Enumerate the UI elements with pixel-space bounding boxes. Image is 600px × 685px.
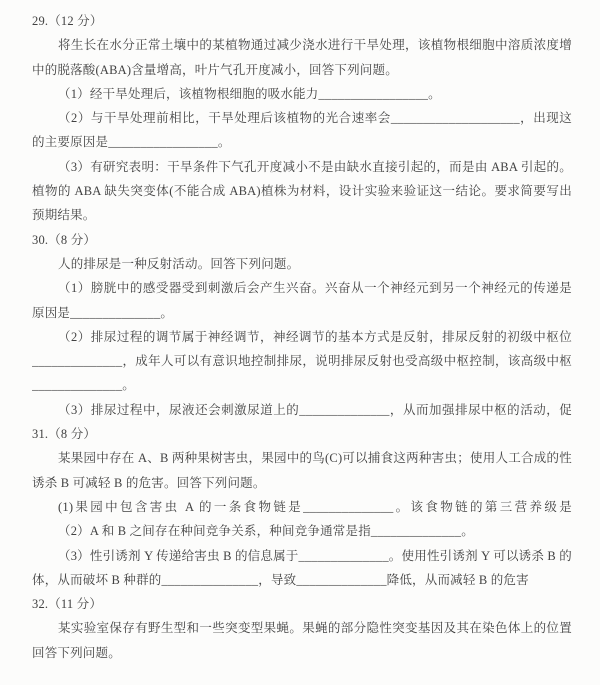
question-number: 32.（11 分） — [32, 592, 572, 616]
text-line: ______________，成年人可以有意识地控制排尿，说明排尿反射也受高级中… — [32, 349, 572, 373]
text-line: 的主要原因是_________________。 — [32, 130, 572, 154]
question-number: 31.（8 分） — [32, 422, 572, 446]
text-line: 人的排尿是一种反射活动。回答下列问题。 — [32, 252, 572, 276]
exam-page: 29.（12 分）将生长在水分正常土壤中的某植物通过减少浇水进行干旱处理，该植物… — [0, 0, 600, 685]
question-section: 29.（12 分）将生长在水分正常土壤中的某植物通过减少浇水进行干旱处理，该植物… — [32, 9, 572, 228]
text-line: 回答下列问题。 — [32, 641, 572, 665]
text-line: （1）膀胱中的感受器受到刺激后会产生兴奋。兴奋从一个神经元到另一个神经元的传递是… — [32, 276, 572, 300]
text-line: 体，从而破坏 B 种群的_______________，导致__________… — [32, 568, 572, 592]
text-line: （3）有研究表明：干旱条件下气孔开度减小不是由缺水直接引起的，而是由 ABA 引… — [32, 155, 572, 179]
text-line: 原因是______________。 — [32, 301, 572, 325]
text-line: 预期结果。 — [32, 203, 572, 227]
text-line: 诱杀 B 可减轻 B 的危害。回答下列问题。 — [32, 471, 572, 495]
question-section: 31.（8 分）某果园中存在 A、B 两种果树害虫，果园中的鸟(C)可以捕食这两… — [32, 422, 572, 592]
text-line: （2）排尿过程的调节属于神经调节，神经调节的基本方式是反射，排尿反射的初级中枢位… — [32, 325, 572, 349]
text-line: （2）与干旱处理前相比，干旱处理后该植物的光合速率会______________… — [32, 106, 572, 130]
text-line: （1）经干旱处理后，该植物根细胞的吸水能力_________________。 — [32, 82, 572, 106]
document: 29.（12 分）将生长在水分正常土壤中的某植物通过减少浇水进行干旱处理，该植物… — [32, 9, 572, 665]
question-section: 30.（8 分）人的排尿是一种反射活动。回答下列问题。（1）膀胱中的感受器受到刺… — [32, 228, 572, 422]
text-line: 某实验室保存有野生型和一些突变型果蝇。果蝇的部分隐性突变基因及其在染色体上的位置… — [32, 616, 572, 640]
text-line: 将生长在水分正常土壤中的某植物通过减少浇水进行干旱处理，该植物根细胞中溶质浓度增… — [32, 33, 572, 57]
text-line: （2）A 和 B 之间存在种间竞争关系，种间竞争通常是指____________… — [32, 519, 572, 543]
question-number: 30.（8 分） — [32, 228, 572, 252]
text-line: （3）排尿过程中，尿液还会刺激尿道上的______________，从而加强排尿… — [32, 398, 572, 422]
text-line: 中的脱落酸(ABA)含量增高，叶片气孔开度减小，回答下列问题。 — [32, 58, 572, 82]
text-line: 某果园中存在 A、B 两种果树害虫，果园中的鸟(C)可以捕食这两种害虫；使用人工… — [32, 446, 572, 470]
text-line: ______________。 — [32, 373, 572, 397]
text-line: 植物的 ABA 缺失突变体(不能合成 ABA)植株为材料，设计实验来验证这一结论… — [32, 179, 572, 203]
question-section: 32.（11 分）某实验室保存有野生型和一些突变型果蝇。果蝇的部分隐性突变基因及… — [32, 592, 572, 665]
text-line: （3）性引诱剂 Y 传递给害虫 B 的信息属于______________。使用… — [32, 544, 572, 568]
text-line: (1)果园中包含害虫 A 的一条食物链是______________。该食物链的… — [32, 495, 572, 519]
question-number: 29.（12 分） — [32, 9, 572, 33]
